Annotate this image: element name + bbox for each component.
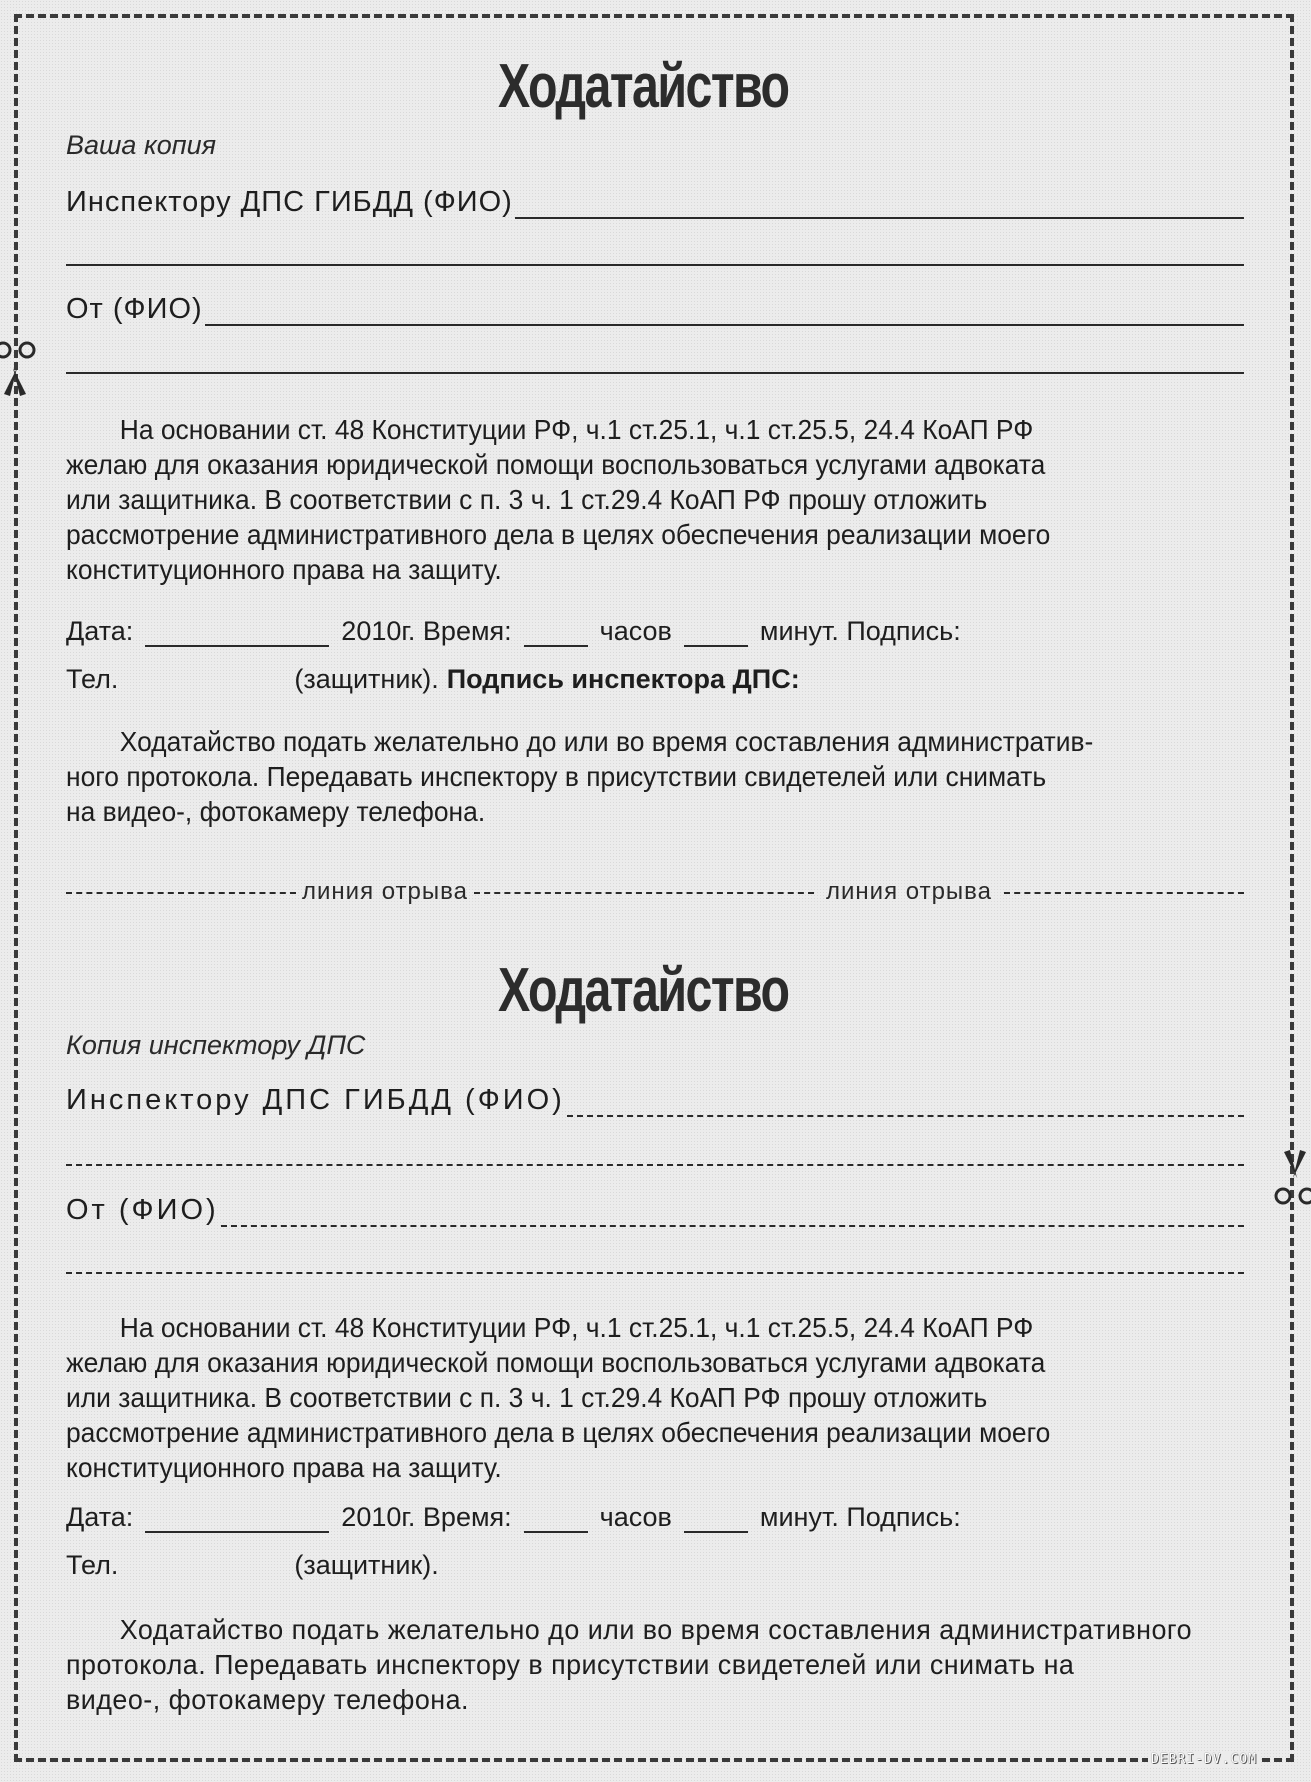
sender-name-field[interactable]: От (ФИО) [66,293,1244,326]
minutes-blank[interactable] [684,1509,748,1533]
watermark: DEBRI-DV.COM [1148,1752,1260,1767]
phone-row: Тел. (защитник). Подпись инспектора ДПС: [66,664,800,695]
inspector-name-blank[interactable] [515,193,1244,219]
hours-label: часов [600,616,672,647]
inspector-name-blank[interactable] [567,1091,1244,1117]
phone-label: Тел. [66,1550,118,1581]
defender-label: (защитник). [294,1550,438,1581]
note-line: видео-, фотокамеру телефона. [66,1682,1239,1717]
scissors-icon [1270,1148,1311,1208]
body-line: или защитника. В соответствии с п. 3 ч. … [66,482,1247,517]
sender-name-field[interactable]: От (ФИО) [66,1194,1244,1227]
body-line: конституционного права на защиту. [66,1450,1247,1485]
dash-segment [66,892,296,894]
date-time-row: Дата: 2010г. Время: часов минут. Подпись… [66,616,961,647]
sender-name-blank[interactable] [205,300,1244,326]
tear-line: линия отрыва линия отрыва [66,878,1244,906]
minutes-blank[interactable] [684,623,748,647]
sender-name-blank[interactable] [221,1201,1244,1227]
tear-line-label-left: линия отрыва [302,878,468,906]
inspector-name-blank-line-2[interactable] [66,1164,1244,1166]
dash-segment [1004,892,1244,894]
phone-label: Тел. [66,664,118,695]
inspector-label: Инспектору ДПС ГИБДД (ФИО) [66,186,513,219]
body-line: На основании ст. 48 Конституции РФ, ч.1 … [120,1312,1034,1343]
body-line: рассмотрение административного дела в це… [66,517,1247,552]
note-line: Ходатайство подать желательно до или во … [120,1614,1192,1645]
body-line: На основании ст. 48 Конституции РФ, ч.1 … [120,414,1034,445]
inspector-name-field[interactable]: Инспектору ДПС ГИБДД (ФИО) [66,1084,1244,1117]
body-line: или защитника. В соответствии с п. 3 ч. … [66,1380,1247,1415]
from-label: От (ФИО) [66,293,203,326]
inspector-label: Инспектору ДПС ГИБДД (ФИО) [66,1084,565,1117]
form-title: Ходатайство [498,960,788,1022]
note-line: протокола. Передавать инспектору в прису… [66,1647,1239,1682]
petition-body: На основании ст. 48 Конституции РФ, ч.1 … [66,1310,1247,1485]
year-time-label: 2010г. Время: [341,1502,511,1533]
body-line: желаю для оказания юридической помощи во… [66,1345,1247,1380]
scissors-icon [0,338,40,398]
minutes-signature-label: минут. Подпись: [760,1502,961,1533]
body-line: рассмотрение административного дела в це… [66,1415,1247,1450]
tear-line-label-right: линия отрыва [826,878,992,906]
defender-label: (защитник). [294,664,438,695]
copy-label: Ваша копия [66,130,216,161]
inspector-name-blank-line-2[interactable] [66,264,1244,266]
inspector-name-field[interactable]: Инспектору ДПС ГИБДД (ФИО) [66,186,1244,219]
note-line: на видео-, фотокамеру телефона. [66,794,1247,829]
note-line: ного протокола. Передавать инспектору в … [66,759,1247,794]
petition-body: На основании ст. 48 Конституции РФ, ч.1 … [66,412,1247,587]
hours-blank[interactable] [524,1509,588,1533]
form-title: Ходатайство [498,56,788,118]
note-line: Ходатайство подать желательно до или во … [120,726,1094,757]
inspector-signature-label: Подпись инспектора ДПС: [447,664,800,695]
hours-label: часов [600,1502,672,1533]
date-label: Дата: [66,1502,133,1533]
year-time-label: 2010г. Время: [341,616,511,647]
phone-row: Тел. (защитник). [66,1550,439,1581]
date-time-row: Дата: 2010г. Время: часов минут. Подпись… [66,1502,961,1533]
copy-label: Копия инспектору ДПС [66,1030,365,1061]
minutes-signature-label: минут. Подпись: [760,616,961,647]
date-blank[interactable] [145,623,329,647]
hours-blank[interactable] [524,623,588,647]
dash-segment [474,892,814,894]
sender-name-blank-line-2[interactable] [66,372,1244,374]
from-label: От (ФИО) [66,1194,219,1227]
body-line: желаю для оказания юридической помощи во… [66,447,1247,482]
sender-name-blank-line-2[interactable] [66,1272,1244,1274]
date-blank[interactable] [145,1509,329,1533]
date-label: Дата: [66,616,133,647]
submission-note: Ходатайство подать желательно до или во … [66,724,1247,829]
submission-note: Ходатайство подать желательно до или во … [66,1612,1239,1717]
body-line: конституционного права на защиту. [66,552,1247,587]
